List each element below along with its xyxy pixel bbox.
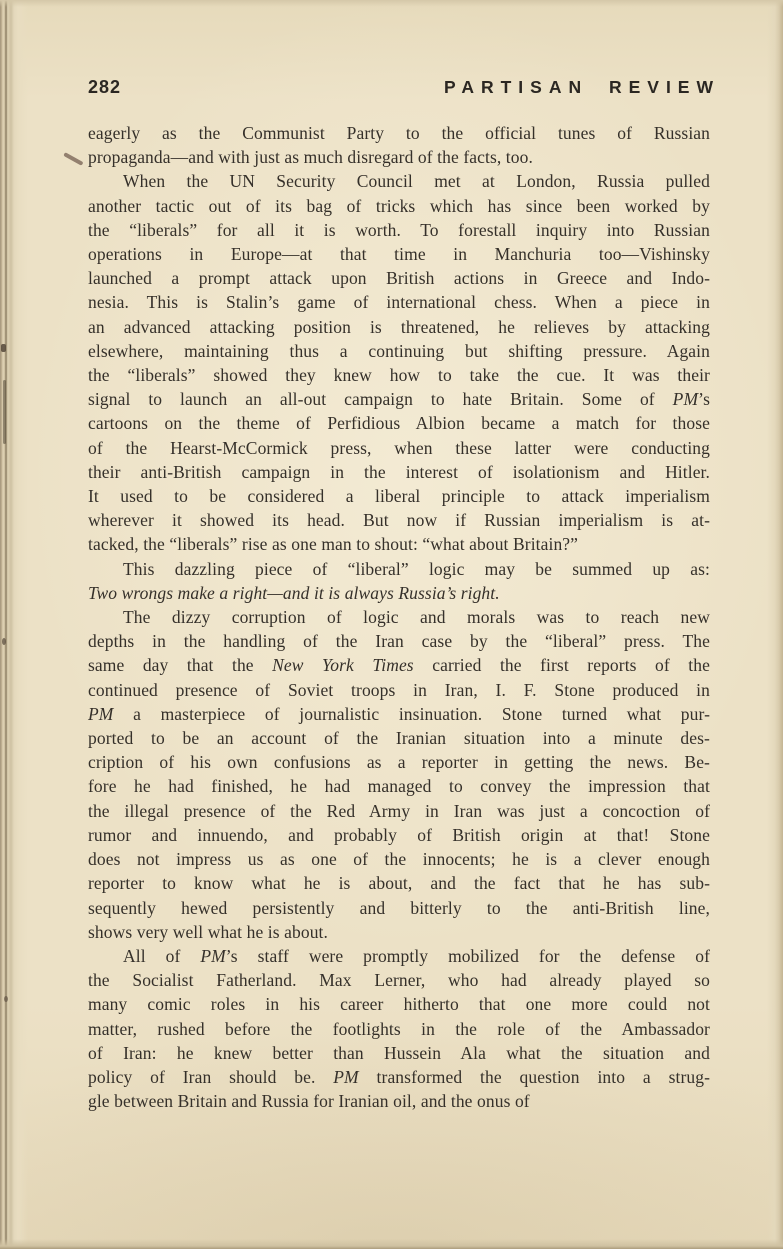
body-text: transformed the question into a strug- [359, 1067, 710, 1087]
text-line: elsewhere, maintaining thus a continuing… [88, 339, 710, 363]
body-text: many comic roles in his career hitherto … [88, 994, 710, 1014]
body-text: sequently hewed persistently and bitterl… [88, 898, 710, 918]
body-text: carried the first reports of the [414, 655, 710, 675]
paragraph: The dizzy corruption of logic and morals… [88, 605, 710, 944]
text-line: The dizzy corruption of logic and morals… [88, 605, 710, 629]
text-line: cription of his own confusions as a repo… [88, 750, 710, 774]
text-line: same day that the New York Times carried… [88, 653, 710, 677]
body-text: reporter to know what he is about, and t… [88, 873, 710, 893]
body-text: This dazzling piece of “liberal” logic m… [123, 559, 710, 579]
body-text: ported to be an account of the Iranian s… [88, 728, 710, 748]
body-text: When the UN Security Council met at Lond… [123, 171, 710, 191]
body-text: operations in Europe—at that time in Man… [88, 244, 710, 264]
paragraph: All of PM’s staff were promptly mobilize… [88, 944, 710, 1113]
page-header: 282 PARTISAN REVIEW [88, 77, 713, 98]
text-line: nesia. This is Stalin’s game of internat… [88, 290, 710, 314]
body-text: The dizzy corruption of logic and morals… [123, 607, 710, 627]
text-line: depths in the handling of the Iran case … [88, 629, 710, 653]
body-text: policy of Iran should be. [88, 1067, 333, 1087]
italic-text: PM [333, 1067, 358, 1087]
margin-speck [1, 344, 6, 352]
italic-text: Two wrongs make a right—and it is always… [88, 583, 500, 603]
body-text: wherever it showed its head. But now if … [88, 510, 710, 530]
margin-streak [3, 380, 6, 444]
body-text: the “liberals” showed they knew how to t… [88, 365, 710, 385]
text-line: the Socialist Fatherland. Max Lerner, wh… [88, 968, 710, 992]
text-line: It used to be considered a liberal princ… [88, 484, 710, 508]
body-text: ’s [698, 389, 710, 409]
body-text: the illegal presence of the Red Army in … [88, 801, 710, 821]
text-line: cartoons on the theme of Perfidious Albi… [88, 411, 710, 435]
text-line: the illegal presence of the Red Army in … [88, 799, 710, 823]
text-line: eagerly as the Communist Party to the of… [88, 121, 710, 145]
text-line: of Iran: he knew better than Hussein Ala… [88, 1041, 710, 1065]
text-line: signal to launch an all-out campaign to … [88, 387, 710, 411]
text-line: the “liberals” for all it is worth. To f… [88, 218, 710, 242]
text-line: many comic roles in his career hitherto … [88, 992, 710, 1016]
body-text: shows very well what he is about. [88, 922, 328, 942]
text-line: their anti-British campaign in the inter… [88, 460, 710, 484]
text-line: This dazzling piece of “liberal” logic m… [88, 557, 710, 581]
paragraph: This dazzling piece of “liberal” logic m… [88, 557, 710, 605]
text-line: another tactic out of its bag of tricks … [88, 194, 710, 218]
body-text: depths in the handling of the Iran case … [88, 631, 710, 651]
italic-text: PM [673, 389, 698, 409]
body-text: ’s staff were promptly mobilized for the… [226, 946, 710, 966]
italic-text: PM [88, 704, 113, 724]
body-text: nesia. This is Stalin’s game of internat… [88, 292, 710, 312]
text-line: tacked, the “liberals” rise as one man t… [88, 532, 710, 556]
body-text: the Socialist Fatherland. Max Lerner, wh… [88, 970, 710, 990]
text-line: All of PM’s staff were promptly mobilize… [88, 944, 710, 968]
body-text: cription of his own confusions as a repo… [88, 752, 710, 772]
body-text: does not impress us as one of the innoce… [88, 849, 710, 869]
body-text: continued presence of Soviet troops in I… [88, 680, 710, 700]
body-text: It used to be considered a liberal princ… [88, 486, 710, 506]
text-line: fore he had finished, he had managed to … [88, 774, 710, 798]
paragraph: eagerly as the Communist Party to the of… [88, 121, 710, 169]
body-text: propaganda—and with just as much disrega… [88, 147, 533, 167]
text-line: of the Hearst-McCormick press, when thes… [88, 436, 710, 460]
body-text: the “liberals” for all it is worth. To f… [88, 220, 710, 240]
body-text: another tactic out of its bag of tricks … [88, 196, 710, 216]
body-text: an advanced attacking position is threat… [88, 317, 710, 337]
text-line: ported to be an account of the Iranian s… [88, 726, 710, 750]
text-line: propaganda—and with just as much disrega… [88, 145, 710, 169]
italic-text: PM [200, 946, 225, 966]
text-line: sequently hewed persistently and bitterl… [88, 896, 710, 920]
text-line: matter, rushed before the footlights in … [88, 1017, 710, 1041]
text-line: gle between Britain and Russia for Irani… [88, 1089, 710, 1113]
page-bottom-edge [0, 1239, 783, 1249]
body-text: All of [123, 946, 200, 966]
body-text: elsewhere, maintaining thus a continuing… [88, 341, 710, 361]
text-block: eagerly as the Communist Party to the of… [88, 121, 710, 1113]
body-text: of Iran: he knew better than Hussein Ala… [88, 1043, 710, 1063]
body-text: gle between Britain and Russia for Irani… [88, 1091, 530, 1111]
page-right-edge [767, 0, 783, 1249]
body-text: signal to launch an all-out campaign to … [88, 389, 673, 409]
text-line: Two wrongs make a right—and it is always… [88, 581, 710, 605]
body-text: of the Hearst-McCormick press, when thes… [88, 438, 710, 458]
body-text: tacked, the “liberals” rise as one man t… [88, 534, 578, 554]
margin-speck [4, 996, 8, 1002]
text-line: PM a masterpiece of journalistic insinua… [88, 702, 710, 726]
text-line: rumor and innuendo, and probably of Brit… [88, 823, 710, 847]
body-text: cartoons on the theme of Perfidious Albi… [88, 413, 710, 433]
margin-speck [2, 638, 6, 645]
text-line: does not impress us as one of the innoce… [88, 847, 710, 871]
body-text: fore he had finished, he had managed to … [88, 776, 710, 796]
body-text: rumor and innuendo, and probably of Brit… [88, 825, 710, 845]
paragraph: When the UN Security Council met at Lond… [88, 169, 710, 556]
text-line: continued presence of Soviet troops in I… [88, 678, 710, 702]
page-stack-line [5, 0, 7, 1249]
body-text: same day that the [88, 655, 272, 675]
pen-mark [63, 152, 83, 165]
body-text: a masterpiece of journalistic insinuatio… [113, 704, 710, 724]
body-text: eagerly as the Communist Party to the of… [88, 123, 710, 143]
text-line: wherever it showed its head. But now if … [88, 508, 710, 532]
body-text: their anti-British campaign in the inter… [88, 462, 710, 482]
text-line: the “liberals” showed they knew how to t… [88, 363, 710, 387]
text-line: policy of Iran should be. PM transformed… [88, 1065, 710, 1089]
journal-title: PARTISAN REVIEW [444, 77, 720, 98]
page-top-edge [0, 0, 783, 7]
body-text: matter, rushed before the footlights in … [88, 1019, 710, 1039]
text-line: reporter to know what he is about, and t… [88, 871, 710, 895]
page-number: 282 [88, 77, 121, 98]
text-line: shows very well what he is about. [88, 920, 710, 944]
book-page: 282 PARTISAN REVIEW eagerly as the Commu… [0, 0, 783, 1249]
text-line: launched a prompt attack upon British ac… [88, 266, 710, 290]
italic-text: New York Times [272, 655, 414, 675]
text-line: an advanced attacking position is threat… [88, 315, 710, 339]
body-text: launched a prompt attack upon British ac… [88, 268, 710, 288]
text-line: When the UN Security Council met at Lond… [88, 169, 710, 193]
text-line: operations in Europe—at that time in Man… [88, 242, 710, 266]
